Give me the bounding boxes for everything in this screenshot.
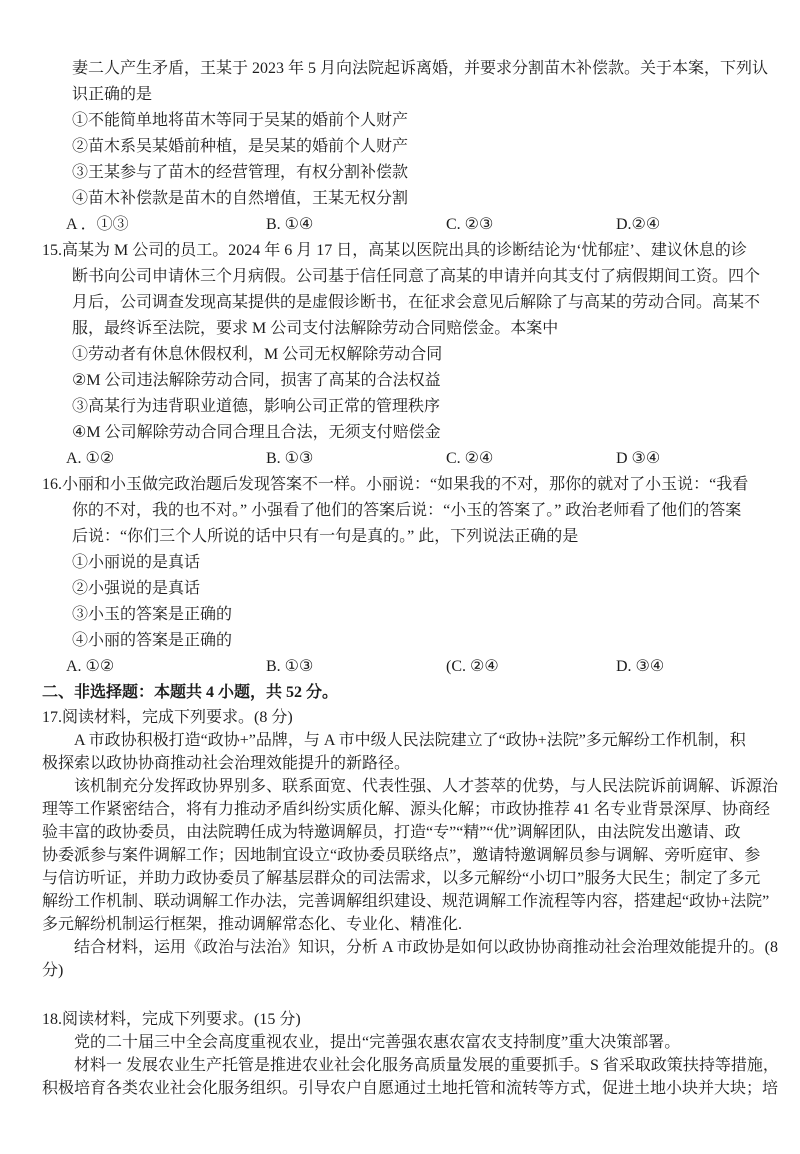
q15-answer-a: A. ①② bbox=[66, 446, 266, 472]
q16-answer-a: A. ①② bbox=[66, 654, 266, 680]
q15-text-line-2: 断书向公司申请休三个月病假。公司基于信任同意了高某的申请并向其支付了病假期间工资… bbox=[42, 264, 764, 290]
q15-answer-row: A. ①② B. ①③ C. ②④ D ③④ bbox=[66, 446, 764, 472]
q14-text-line-2: 识正确的是 bbox=[42, 82, 764, 108]
q14-option-1: ①不能简单地将苗木等同于吴某的婚前个人财产 bbox=[42, 108, 764, 134]
q16-option-2: ②小强说的是真话 bbox=[42, 576, 764, 602]
q17-material-line-8: 解纷工作机制、联动调解工作办法，完善调解组织建设、规范调解工作流程等内容，搭建起… bbox=[42, 890, 764, 913]
q17-material-line-3: 该机制充分发挥政协界别多、联系面宽、代表性强、人才荟萃的优势，与人民法院诉前调解… bbox=[42, 775, 764, 798]
question-17: 17.阅读材料，完成下列要求。(8 分) A 市政协积极打造“政协+”品牌，与 … bbox=[42, 706, 764, 982]
q17-task-line-2: 分) bbox=[42, 959, 764, 982]
q16-text-line-2: 你的不对，我的也不对。” 小强看了他们的答案后说：“小玉的答案了。” 政治老师看… bbox=[42, 498, 764, 524]
q16-text-line-3: 后说：“你们三个人所说的话中只有一句是真的。” 此，下列说法正确的是 bbox=[42, 524, 764, 550]
exam-page: 妻二人产生矛盾，王某于 2023 年 5 月向法院起诉离婚，并要求分割苗木补偿款… bbox=[0, 0, 800, 1154]
q17-material-line-7: 与信访听证，并助力政协委员了解基层群众的司法需求，以多元解纷“小切口”服务大民生… bbox=[42, 867, 764, 890]
q17-material-line-6: 协委派参与案件调解工作；因地制宜设立“政协委员联络点”，邀请特邀调解员参与调解、… bbox=[42, 844, 764, 867]
q14-answer-row: A ．①③ B. ①④ C. ②③ D.②④ bbox=[66, 212, 764, 238]
q15-text-line-1: 15.高某为 M 公司的员工。2024 年 6 月 17 日，高某以医院出具的诊… bbox=[42, 238, 764, 264]
q18-material-line-1: 党的二十届三中全会高度重视农业，提出“完善强农惠农富农支持制度”重大决策部署。 bbox=[42, 1031, 764, 1054]
question-18: 18.阅读材料，完成下列要求。(15 分) 党的二十届三中全会高度重视农业，提出… bbox=[42, 1008, 764, 1100]
q17-material-line-4: 理等工作紧密结合，将有力推动矛盾纠纷实质化解、源头化解；市政协推荐 41 名专业… bbox=[42, 798, 764, 821]
q16-option-4: ④小丽的答案是正确的 bbox=[42, 628, 764, 654]
q14-option-4: ④苗木补偿款是苗木的自然增值，王某无权分割 bbox=[42, 186, 764, 212]
q17-task-line-1: 结合材料，运用《政治与法治》知识，分析 A 市政协是如何以政协协商推动社会治理效… bbox=[42, 936, 764, 959]
q14-answer-a: A ．①③ bbox=[66, 212, 266, 238]
q17-material-line-9: 多元解纷机制运行框架，推动调解常态化、专业化、精准化. bbox=[42, 913, 764, 936]
q14-answer-c: C. ②③ bbox=[446, 212, 616, 238]
q14-option-3: ③王某参与了苗木的经营管理，有权分割补偿款 bbox=[42, 160, 764, 186]
q15-option-3: ③高某行为违背职业道德，影响公司正常的管理秩序 bbox=[42, 394, 764, 420]
q18-title: 18.阅读材料，完成下列要求。(15 分) bbox=[42, 1008, 764, 1031]
q15-option-2: ②M 公司违法解除劳动合同，损害了高某的合法权益 bbox=[42, 368, 764, 394]
q17-material-line-1: A 市政协积极打造“政协+”品牌，与 A 市中级人民法院建立了“政协+法院”多元… bbox=[42, 729, 764, 752]
q16-option-3: ③小玉的答案是正确的 bbox=[42, 602, 764, 628]
q15-answer-c: C. ②④ bbox=[446, 446, 616, 472]
q17-material-line-5: 验丰富的政协委员，由法院聘任成为特邀调解员，打造“专”“精”“优”调解团队，由法… bbox=[42, 821, 764, 844]
question-16: 16.小丽和小玉做完政治题后发现答案不一样。小丽说：“如果我的不对，那你的就对了… bbox=[42, 472, 764, 680]
q16-answer-c: (C. ②④ bbox=[446, 654, 616, 680]
q15-text-line-4: 服，最终诉至法院，要求 M 公司支付法解除劳动合同赔偿金。本案中 bbox=[42, 316, 764, 342]
q15-option-1: ①劳动者有休息休假权利，M 公司无权解除劳动合同 bbox=[42, 342, 764, 368]
q16-answer-d: D. ③④ bbox=[616, 654, 664, 680]
q18-material-line-2: 材料一 发展农业生产托管是推进农业社会化服务高质量发展的重要抓手。S 省采取政策… bbox=[42, 1054, 764, 1077]
q14-answer-d: D.②④ bbox=[616, 212, 660, 238]
q14-answer-b: B. ①④ bbox=[266, 212, 446, 238]
q15-text-line-3: 月后，公司调查发现高某提供的是虚假诊断书，在征求会意见后解除了与高某的劳动合同。… bbox=[42, 290, 764, 316]
q15-answer-b: B. ①③ bbox=[266, 446, 446, 472]
q18-material-line-3: 积极培育各类农业社会化服务组织。引导农户自愿通过土地托管和流转等方式，促进土地小… bbox=[42, 1077, 764, 1100]
q14-text-line-1: 妻二人产生矛盾，王某于 2023 年 5 月向法院起诉离婚，并要求分割苗木补偿款… bbox=[42, 56, 764, 82]
question-14: 妻二人产生矛盾，王某于 2023 年 5 月向法院起诉离婚，并要求分割苗木补偿款… bbox=[42, 56, 764, 238]
section-2-header: 二、非选择题：本题共 4 小题，共 52 分。 bbox=[42, 680, 764, 706]
question-15: 15.高某为 M 公司的员工。2024 年 6 月 17 日，高某以医院出具的诊… bbox=[42, 238, 764, 472]
q14-option-2: ②苗木系吴某婚前种植，是吴某的婚前个人财产 bbox=[42, 134, 764, 160]
q15-option-4: ④M 公司解除劳动合同合理且合法，无须支付赔偿金 bbox=[42, 420, 764, 446]
q17-title: 17.阅读材料，完成下列要求。(8 分) bbox=[42, 706, 764, 729]
q16-answer-row: A. ①② B. ①③ (C. ②④ D. ③④ bbox=[66, 654, 764, 680]
q16-answer-b: B. ①③ bbox=[266, 654, 446, 680]
q17-material-line-2: 极探索以政协协商推动社会治理效能提升的新路径。 bbox=[42, 752, 764, 775]
q15-answer-d: D ③④ bbox=[616, 446, 660, 472]
q16-option-1: ①小丽说的是真话 bbox=[42, 550, 764, 576]
q16-text-line-1: 16.小丽和小玉做完政治题后发现答案不一样。小丽说：“如果我的不对，那你的就对了… bbox=[42, 472, 764, 498]
